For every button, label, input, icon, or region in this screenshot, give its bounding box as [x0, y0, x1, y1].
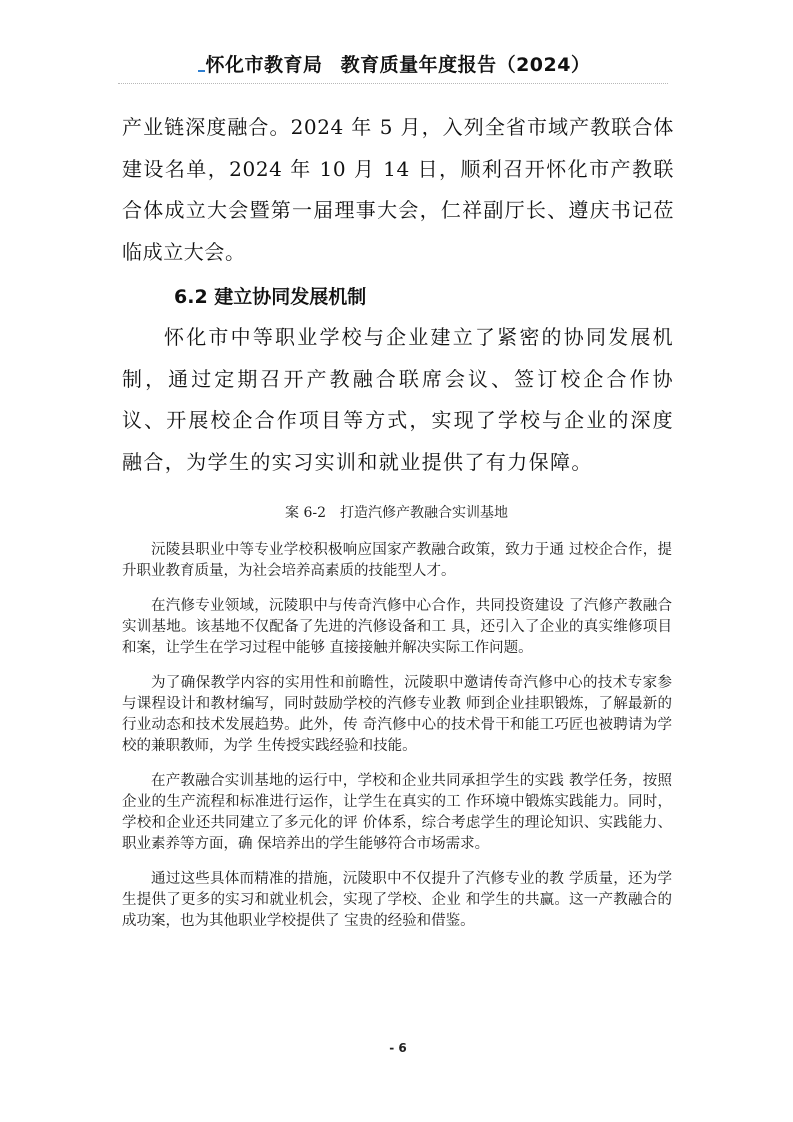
- section-title: 建立协同发展机制: [214, 286, 366, 308]
- header-org: 怀化市教育局: [206, 54, 323, 76]
- header-divider: [118, 83, 668, 84]
- case-label: 案 6-2: [285, 505, 326, 521]
- header-mark: [198, 70, 205, 72]
- header-title: 怀化市教育局教育质量年度报告（2024）: [118, 50, 670, 80]
- case-paragraph: 在汽修专业领域，沅陵职中与传奇汽修中心合作，共同投资建设 了汽修产教融合实训基地…: [122, 596, 672, 659]
- case-paragraph: 在产教融合实训基地的运行中，学校和企业共同承担学生的实践 教学任务，按照企业的生…: [122, 771, 672, 855]
- case-body: 沅陵县职业中等专业学校积极响应国家产教融合政策，致力于通 过校企合作，提升职业教…: [122, 540, 672, 946]
- page-number: - 6: [386, 1040, 410, 1056]
- header-report-title: 教育质量年度报告（2024）: [341, 54, 591, 76]
- case-paragraph: 沅陵县职业中等专业学校积极响应国家产教融合政策，致力于通 过校企合作，提升职业教…: [122, 540, 672, 582]
- case-paragraph: 通过这些具体而精准的措施，沅陵职中不仅提升了汽修专业的教 学质量，还为学生提供了…: [122, 869, 672, 932]
- case-title: 打造汽修产教融合实训基地: [340, 505, 508, 521]
- case-caption: 案 6-2打造汽修产教融合实训基地: [0, 502, 793, 524]
- intro-paragraph: 产业链深度融合。2024 年 5 月，入列全省市域产教联合体建设名单，2024 …: [122, 107, 674, 273]
- page-header: 怀化市教育局教育质量年度报告（2024）: [118, 50, 670, 80]
- section-number: 6.2: [174, 286, 208, 308]
- section-paragraph: 怀化市中等职业学校与企业建立了紧密的协同发展机制，通过定期召开产教融合联席会议、…: [122, 317, 674, 483]
- case-paragraph: 为了确保教学内容的实用性和前瞻性，沅陵职中邀请传奇汽修中心的技术专家参与课程设计…: [122, 673, 672, 757]
- section-heading: 6.2 建立协同发展机制: [174, 282, 366, 312]
